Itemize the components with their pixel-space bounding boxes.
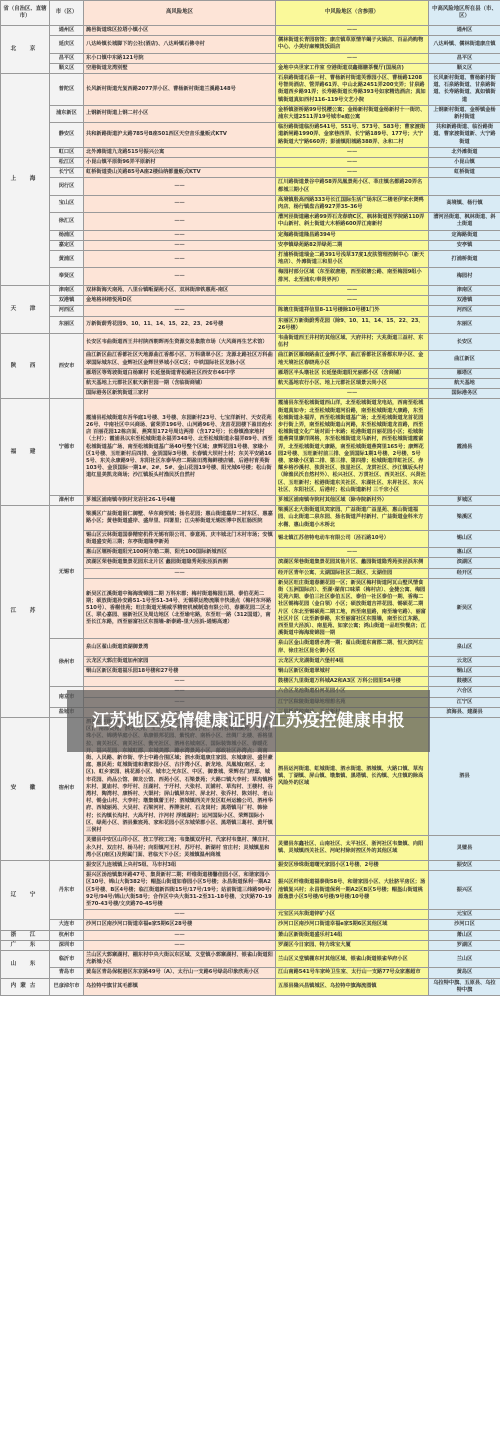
table-row: 陕 西西安市长安区韦曲街道西王井村陕西朝晖再生资源交易集散市场（大风商再生艺术馆…: [1, 333, 500, 350]
mid-risk-cell: 金桥镇浙桥路99号悦樱公寓；金杨新村街道金杨新村十一街坊、浦东大道2511弄19…: [276, 105, 429, 122]
table-row: 东丽区万新街蔚秀花园9、10、11、14、15、22、23、26号楼东丽区万新街…: [1, 316, 500, 333]
high-risk-cell: 黄岛区青岛保税港区东京路49号（A）、太行山一支路6号绿岛印象欣苑小区: [84, 968, 276, 978]
province-cell: 上 海: [1, 74, 50, 286]
county-cell: 航天基地: [429, 378, 500, 388]
high-risk-cell: 虹桥街道娄山关路85号A座2楼仙纳都量贩式KTV: [84, 168, 276, 178]
table-row: 河西区——陈塘庄街道祥信里8-11号楼除10号楼1门外河西区: [1, 306, 500, 316]
mid-risk-cell: 江川路街道景谷中路58弄凤凰景苑小区、莘庄镇名都路20弄名都城三期小区: [276, 178, 429, 195]
mid-risk-cell: 东丽区万新街蔚秀花园（除9、10、11、14、15、22、23、26号楼）: [276, 316, 429, 333]
mid-risk-cell: 定海路街道隆昌路394号: [276, 230, 429, 240]
county-cell: 振安区: [429, 860, 500, 870]
high-risk-cell: 振安区九连城镇上央村5组、马市村3组: [84, 860, 276, 870]
mid-risk-cell: 芗城区浦南镇寺院村其他区域（除寺院新村外）: [276, 495, 429, 505]
high-risk-cell: 云龙区大郭庄街道加州家园: [84, 656, 276, 666]
county-cell: 江宁区: [429, 697, 500, 707]
mid-risk-cell: 梁溪区北大街街道凤宾家园、广益街道广益星苑、惠山街道福园、山北街道二泉东园、扬名…: [276, 506, 429, 531]
high-risk-cell: 空港街道龙湾别墅: [84, 63, 276, 73]
mid-risk-cell: 萧山区新街街道盛乐村14组: [276, 930, 429, 940]
mid-risk-cell: 临汾路街道临汾路541号、551号、573号、583号；曹家渡街道新闸路1990…: [276, 123, 429, 148]
high-risk-cell: ——: [84, 910, 276, 920]
header-province: 省（自治区、直辖市）: [1, 1, 50, 26]
city-cell: 津南区: [50, 285, 84, 295]
high-risk-cell: 乌拉特中旗甘其毛都镇: [84, 978, 276, 995]
city-cell: 浦东新区: [50, 105, 84, 122]
table-row: 奉贤区——梅园村部分区域（东至叙唐港，西至叙塘公路、南至梅园9组小排河、北至浦东…: [1, 268, 500, 285]
high-risk-cell: 上钢新村街道上钢二村小区: [84, 105, 276, 122]
county-cell: 小昆山镇: [429, 158, 500, 168]
high-risk-cell: 梁溪区广益街道留仁御墅、华东商贸城；扬名花园；惠山街道嘉岸二村东区、惠嘉路小区；…: [84, 506, 276, 531]
high-risk-cell: 长风新村街道光复西路2077弄小区、曹杨新村街道兰溪路148号: [84, 74, 276, 106]
city-cell: 无锡市: [50, 506, 84, 639]
high-risk-cell: 金地格林榕悦苑D区: [84, 296, 276, 306]
city-cell: 临沂市: [50, 950, 84, 967]
mid-risk-cell: 打浦桥街道瑞金二路391号浅草37度1皮肤管理控制中心（新天地店）、外滩街道三和…: [276, 251, 429, 268]
province-cell: 天 津: [1, 285, 50, 333]
table-row: 广 东深圳市——罗湖区今日家园、特力珠宝大厦罗湖区: [1, 940, 500, 950]
high-risk-cell: ——: [84, 178, 276, 195]
mid-risk-cell: 锡北镇江苏倍特电动车有限公司（泾石路10号）: [276, 530, 429, 547]
high-risk-cell: ——: [84, 930, 276, 940]
mid-risk-cell: 陈塘庄街道祥信里8-11号楼除10号楼1门外: [276, 306, 429, 316]
county-cell: 萧山区: [429, 930, 500, 940]
city-cell: 深圳市: [50, 940, 84, 950]
county-cell: 滨湖区: [429, 558, 500, 568]
county-cell: 长风新村街道、曹杨新村街道、石泉路街道、甘泉路街道、长寿路街道、真如镇街道: [429, 74, 500, 106]
county-cell: 泉山区: [429, 639, 500, 656]
city-cell: 西安市: [50, 333, 84, 398]
county-cell: 乌拉特中旗、五原县、乌拉特中旗: [429, 978, 500, 995]
county-cell: 滨海县、建湖县: [429, 707, 500, 717]
city-cell: 黄浦区: [50, 251, 84, 268]
county-cell: 河西区: [429, 306, 500, 316]
county-cell: 虹桥街道: [429, 168, 500, 178]
city-cell: 杭州市: [50, 930, 84, 940]
high-risk-cell: 长安区韦曲街道西王井村陕西朝晖再生资源交易集散市场（大风商再生艺术馆）: [84, 333, 276, 350]
mid-risk-cell: 韦曲街道西王井村的其他区域、大府井村；大兆街道三益村、东伍村: [276, 333, 429, 350]
county-cell: 雁塔区: [429, 368, 500, 378]
mid-risk-cell: 梅园村部分区域（东至叙唐港，西至叙塘公路、南至梅园9组小排河、北至浦东/奉贤界河…: [276, 268, 429, 285]
county-cell: 顺义区: [429, 63, 500, 73]
mid-risk-cell: ——: [276, 26, 429, 36]
mid-risk-cell: 云龙区大龙湖街道六堡村4组: [276, 656, 429, 666]
county-cell: 经开区: [429, 568, 500, 578]
risk-area-table: 省（自治区、直辖市） 市（区） 高风险地区 中风险地区（含参照） 中高风险地区所…: [0, 0, 500, 996]
city-cell: 松江区: [50, 158, 84, 168]
county-cell: 长安区: [429, 333, 500, 350]
table-row: 松江区小昆山镇平原街96弄平原新村——小昆山镇: [1, 158, 500, 168]
mid-risk-cell: 金地中央世家工作室 空港街道双鑫德膳茶餐厅(国展店): [276, 63, 429, 73]
table-row: 辽 宁丹东市振安区九连城镇上央村5组、马市村3组振安区珍珠街道曙光家园小区1号楼…: [1, 860, 500, 870]
city-cell: 普陀区: [50, 74, 84, 106]
high-risk-cell: ——: [84, 568, 276, 578]
city-cell: 昌平区: [50, 53, 84, 63]
province-cell: 江 苏: [1, 506, 50, 718]
city-cell: 奉贤区: [50, 268, 84, 285]
county-cell: 国际港务区: [429, 389, 500, 399]
table-row: 杨浦区——定海路街道隆昌路394号定海路街道: [1, 230, 500, 240]
mid-risk-cell: ——: [276, 158, 429, 168]
province-cell: 陕 西: [1, 333, 50, 398]
county-cell: 定海路街道: [429, 230, 500, 240]
high-risk-cell: 霞浦县松城街道东吾华庭1号楼、3号楼、东园新村23号、七宝洋新村、天安花苑26号…: [84, 399, 276, 496]
county-cell: 八达岭镇、儒林街道康庄镇: [429, 36, 500, 53]
city-cell: 漳州市: [50, 495, 84, 505]
county-cell: 振兴区: [429, 871, 500, 910]
county-cell: 梁溪区: [429, 506, 500, 531]
overlay-title: 江苏地区疫情健康证明/江苏疫控健康申报: [82, 711, 414, 732]
high-risk-cell: ——: [84, 306, 276, 316]
province-cell: 内蒙古: [1, 978, 50, 995]
mid-risk-cell: 元宝区兴东街道锌矿小区: [276, 910, 429, 920]
city-cell: 虹口区: [50, 147, 84, 157]
overlay-title-banner: 江苏地区疫情健康证明/江苏疫控健康申报: [67, 690, 430, 752]
high-risk-cell: 泉山区翟山街道滨湖御景湾: [84, 639, 276, 656]
high-risk-cell: ——: [84, 940, 276, 950]
high-risk-cell: 北外滩街道九龙路515号振兴公寓: [84, 147, 276, 157]
high-risk-cell: ——: [84, 677, 276, 687]
county-cell: 铜山区: [429, 667, 500, 677]
table-row: 虹口区北外滩街道九龙路515号振兴公寓——北外滩街道: [1, 147, 500, 157]
mid-risk-cell: 石泉路街道石泉一村、曹杨新村街道芙蓉园小区、曹杨路1208号智尚酒店、管弄路61…: [276, 74, 429, 106]
mid-risk-cell: 经开区青年公寓、太湖国际社区二街区、太湖佳园: [276, 568, 429, 578]
mid-risk-cell: 灵璧县东鑫社区、山南社区、太平社区、浙河社区韦集镇、向阳镇、灵城镇西关社区、河屺…: [276, 836, 429, 861]
province-cell: 北 京: [1, 26, 50, 74]
mid-risk-cell: 罗湖区今日家园、特力珠宝大厦: [276, 940, 429, 950]
city-cell: 河西区: [50, 306, 84, 316]
table-row: 山 东临沂市兰山区大郭寨湖村、棚东村中央大街以东区域、义堂镇小郭寨湖村、银雀山街…: [1, 950, 500, 967]
county-cell: 鼓楼区: [429, 677, 500, 687]
high-risk-cell: ——: [84, 268, 276, 285]
header-mid-risk: 中风险地区（含参照）: [276, 1, 429, 26]
mid-risk-cell: 滨湖区荣巷街道集景花园其他片区、蠡园街道隐秀苑张泾浜东侧: [276, 558, 429, 568]
table-row: 延庆区八达岭镇长城脚下的公社(酒店)、八达岭镇石佛寺村儒林街道长青园宿馆；康庄镇…: [1, 36, 500, 53]
high-risk-cell: 小昆山镇平原街96弄平原新村: [84, 158, 276, 168]
province-cell: 安 徽: [1, 718, 50, 861]
table-row: 青岛市黄岛区青岛保税港区东京路49号（A）、太行山一支路6号绿岛印象欣苑小区江山…: [1, 968, 500, 978]
mid-risk-cell: 安亭镇绿苑路82弄绿苑二期: [276, 240, 429, 250]
high-risk-cell: ——: [84, 213, 276, 230]
high-risk-cell: 沙河口区南沙河口街道幸福e家5期6区28号楼: [84, 920, 276, 930]
header-county: 中高风险地区所在县（市、区）: [429, 1, 500, 26]
city-cell: 长宁区: [50, 168, 84, 178]
mid-risk-cell: ——: [276, 168, 429, 178]
high-risk-cell: 航天基地上元郡社区航天新世园一期（含临街商铺）: [84, 378, 276, 388]
county-cell: 惠山区: [429, 548, 500, 558]
table-row: 嘉定区——安亭镇绿苑路82弄绿苑二期安亭镇: [1, 240, 500, 250]
city-cell: 巴彦淖尔市: [50, 978, 84, 995]
high-risk-cell: 雁塔区等驾坡街道白杨寨村 长延堡街道青松路社区西安市46中学: [84, 368, 276, 378]
mid-risk-cell: 五原县隆兴昌镇城区、乌拉特中旗海流图镇: [276, 978, 429, 995]
table-row: 长宁区虹桥街道娄山关路85号A座2楼仙纳都量贩式KTV——虹桥街道: [1, 168, 500, 178]
high-risk-cell: ——: [84, 230, 276, 240]
county-cell: 北外滩街道: [429, 147, 500, 157]
mid-risk-cell: 曲江新区雁南路曲江金辉小学、曲江香都社区香都东岸小区、金地天境社区春晓苑小区: [276, 351, 429, 368]
high-risk-cell: 惠山区堰桥街道阳光100阿尔勒二期、阳光100国际新城西区: [84, 548, 276, 558]
table-header-row: 省（自治区、直辖市） 市（区） 高风险地区 中风险地区（含参照） 中高风险地区所…: [1, 1, 500, 26]
table-row: 内蒙古巴彦淖尔市乌拉特中旗甘其毛都镇五原县隆兴昌镇城区、乌拉特中旗海流图镇乌拉特…: [1, 978, 500, 995]
high-risk-cell: ——: [84, 240, 276, 250]
mid-risk-cell: 沙河口区南沙河口街道幸福e家5期6区其他区域: [276, 920, 429, 930]
county-cell: 黄岛区: [429, 968, 500, 978]
mid-risk-cell: 航天基地农行小区、地上元郡社区瑞景云尚小区: [276, 378, 429, 388]
province-cell: 广 东: [1, 940, 50, 950]
high-risk-cell: 铜山区新区街道福乐园18号楼和27号楼: [84, 667, 276, 677]
city-cell: 静安区: [50, 123, 84, 148]
county-cell: 东丽区: [429, 316, 500, 333]
table-row: 顺义区空港街道龙湾别墅金地中央世家工作室 空港街道双鑫德膳茶餐厅(国展店)顺义区: [1, 63, 500, 73]
county-cell: [429, 178, 500, 195]
county-cell: 双港镇: [429, 296, 500, 306]
city-cell: 延庆区: [50, 36, 84, 53]
table-row: 昌平区东小口镇中东路121号院——昌平区: [1, 53, 500, 63]
table-row: 北 京通州区潞邑街道珠区拉塔小镇小区——通州区: [1, 26, 500, 36]
mid-risk-cell: 新吴区旺庄街道春潮花园一区；新吴区梅村街道阿瓦山墅风情食街（五洲国际店）、至湖·…: [276, 578, 429, 639]
table-row: 上 海普陀区长风新村街道光复西路2077弄小区、曹杨新村街道兰溪路148号石泉路…: [1, 74, 500, 106]
county-cell: 罗湖区: [429, 940, 500, 950]
high-risk-cell: 新吴区江溪街道中海海珑锦园二期 万科东郡；梅村街道梅园五期、泰伯花苑二期；硕放街…: [84, 578, 276, 639]
county-cell: 漕河泾街道、枫林街道、斜土街道: [429, 213, 500, 230]
table-row: 漳州市芗城区浦南镇寺院村龙岩社26-1号4幢芗城区浦南镇寺院村其他区域（除寺院新…: [1, 495, 500, 505]
county-cell: 灵璧县: [429, 836, 500, 861]
header-high-risk: 高风险地区: [84, 1, 276, 26]
county-cell: 泗县: [429, 718, 500, 836]
county-cell: 曲江新区: [429, 351, 500, 368]
mid-risk-cell: 铜山区新区街道翠城村: [276, 667, 429, 677]
county-cell: 梅园村: [429, 268, 500, 285]
city-cell: 青岛市: [50, 968, 84, 978]
city-cell: 宝山区: [50, 195, 84, 212]
city-cell: 东丽区: [50, 316, 84, 333]
mid-risk-cell: 泉山区金山街道碧水湾一期；翟山街道东南郡二期、恒大滨河左岸、徐庄社区昆仑御小区: [276, 639, 429, 656]
city-cell: 双港镇: [50, 296, 84, 306]
county-cell: 沙河口区: [429, 920, 500, 930]
county-cell: 昌平区: [429, 53, 500, 63]
high-risk-cell: 国际港务区新筑街道三家村: [84, 389, 276, 399]
mid-risk-cell: ——: [276, 147, 429, 157]
county-cell: 云龙区: [429, 656, 500, 666]
table-row: 静安区共和新路街道沪太路785号B座501西区天空音乐量贩式KTV临汾路街道临汾…: [1, 123, 500, 148]
high-risk-cell: 灵璧县中安区山印小区、技工学校工地；韦集镇双圩村、代家村韦集村、薄庄村、永久村、…: [84, 836, 276, 861]
table-row: 徐汇区——漕河泾街道融水路99弄石龙春晓C区、枫林街道医学院路110弄中山新村、…: [1, 213, 500, 230]
county-cell: 打浦桥街道: [429, 251, 500, 268]
high-risk-cell: 共和新路街道沪太路785号B座501西区天空音乐量贩式KTV: [84, 123, 276, 148]
city-cell: 闵行区: [50, 178, 84, 195]
mid-risk-cell: ——: [276, 389, 429, 399]
county-cell: 通州区: [429, 26, 500, 36]
high-risk-cell: ——: [84, 195, 276, 212]
county-cell: 六合区: [429, 687, 500, 697]
table-row: 徐州市泉山区翟山街道滨湖御景湾泉山区金山街道碧水湾一期；翟山街道东南郡二期、恒大…: [1, 639, 500, 656]
mid-risk-cell: ——: [276, 548, 429, 558]
mid-risk-cell: ——: [276, 285, 429, 295]
county-cell: 津南区: [429, 285, 500, 295]
high-risk-cell: 锡山区云林街道国泰精密机件无锡有限公司、泰意苑、庆丰城北门木村市场；安镇街道盛安…: [84, 530, 276, 547]
mid-risk-cell: 兰山区义堂镇棚东村其他区域、银雀山街道银雀华府小区: [276, 950, 429, 967]
mid-risk-cell: 儒林街道长青园宿馆；康庄镇草原情羊蝎子火锅店、百品尚购物中心、小美好麻辣烫饭面店: [276, 36, 429, 53]
mid-risk-cell: 江山南路541号车家岭卫生室、太行山一支路77号众家惠超市: [276, 968, 429, 978]
mid-risk-cell: 鼓楼区九里街道万科城A2和A3区 万科公园里54号楼: [276, 677, 429, 687]
province-cell: 辽 宁: [1, 860, 50, 930]
county-cell: 安亭镇: [429, 240, 500, 250]
mid-risk-cell: ——: [276, 296, 429, 306]
high-risk-cell: 双林街海天南苑、八里台镇畈湖苑小区、双林街津铁惠苑-南区: [84, 285, 276, 295]
county-cell: 元宝区: [429, 910, 500, 920]
table-row: 黄浦区——打浦桥街道瑞金二路391号浅草37度1皮肤管理控制中心（新天地店）、外…: [1, 251, 500, 268]
mid-risk-cell: 雁塔区半头墩社区 长延堡街道阳光丽都小区（含商铺）: [276, 368, 429, 378]
table-row: 江 苏无锡市梁溪区广益街道留仁御墅、华东商贸城；扬名花园；惠山街道嘉岸二村东区、…: [1, 506, 500, 531]
county-cell: 锡山区: [429, 530, 500, 547]
table-row: 浦东新区上钢新村街道上钢二村小区金桥镇浙桥路99号悦樱公寓；金杨新村街道金杨新村…: [1, 105, 500, 122]
table-row: 闵行区——江川路街道景谷中路58弄凤凰景苑小区、莘庄镇名都路20弄名都城三期小区: [1, 178, 500, 195]
mid-risk-cell: 霞浦县东至松城街道西山洋，北至松城街道龙电站，西南至松城街道真如寺；北至松城街道…: [276, 399, 429, 496]
city-cell: 丹东市: [50, 860, 84, 919]
county-cell: 兰山区: [429, 950, 500, 967]
high-risk-cell: 东小口镇中东路121号院: [84, 53, 276, 63]
city-cell: 徐汇区: [50, 213, 84, 230]
high-risk-cell: 芗城区浦南镇寺院村龙岩社26-1号4幢: [84, 495, 276, 505]
high-risk-cell: 潞邑街道珠区拉塔小镇小区: [84, 26, 276, 36]
high-risk-cell: 兰山区大郭寨湖村、棚东村中央大街以东区域、义堂镇小郭寨湖村、银雀山街道阳光新城小…: [84, 950, 276, 967]
table-row: 宝山区——高境镇殷高西路333号长江国际生活广场东区二楼老伊家水煲鸭肉店、杨行镇…: [1, 195, 500, 212]
county-cell: 上钢新村街道、金桥镇金杨新村街道: [429, 105, 500, 122]
county-cell: 霞浦县: [429, 399, 500, 496]
high-risk-cell: 曲江新区曲江香都社区天地源曲江香都小区、万科翡翠小区；龙源北路社区万科曲翠国际城…: [84, 351, 276, 368]
county-cell: 高境镇、杨行镇: [429, 195, 500, 212]
high-risk-cell: 振兴区汤池镇集环路47号、集贤新村二期；纤维街道楼馨佳园小区、和谐家园小区10号…: [84, 871, 276, 910]
mid-risk-cell: ——: [276, 53, 429, 63]
table-row: 浙 江杭州市——萧山区新街街道盛乐村14组萧山区: [1, 930, 500, 940]
city-cell: 徐州市: [50, 639, 84, 687]
header-city: 市（区）: [50, 1, 84, 26]
province-cell: 山 东: [1, 950, 50, 978]
province-cell: 福 建: [1, 399, 50, 506]
mid-risk-cell: 振兴区纤维街道福泰街58号、和谐家园小区、大肚脐平房区；汤池镇复兴村；永昌街道保…: [276, 871, 429, 910]
city-cell: 大连市: [50, 920, 84, 930]
mid-risk-cell: 振安区珍珠街道曙光家园小区1号楼、2号楼: [276, 860, 429, 870]
mid-risk-cell: 高境镇殷高西路333号长江国际生活广场东区二楼老伊家水煲鸭肉店、杨行镇盘古路92…: [276, 195, 429, 212]
table-row: 天 津津南区双林街海天南苑、八里台镇畈湖苑小区、双林街津铁惠苑-南区——津南区: [1, 285, 500, 295]
table-body: 北 京通州区潞邑街道珠区拉塔小镇小区——通州区延庆区八达岭镇长城脚下的公社(酒店…: [1, 26, 500, 996]
city-cell: 顺义区: [50, 63, 84, 73]
province-cell: 浙 江: [1, 930, 50, 940]
city-cell: 杨浦区: [50, 230, 84, 240]
county-cell: 芗城区: [429, 495, 500, 505]
city-cell: 嘉定区: [50, 240, 84, 250]
high-risk-cell: ——: [84, 251, 276, 268]
city-cell: 宁德市: [50, 399, 84, 496]
mid-risk-cell: 漕河泾街道融水路99弄石龙春晓C区、枫林街道医学院路110弄中山新村、斜土街道大…: [276, 213, 429, 230]
high-risk-cell: 万新街蔚秀花园9、10、11、14、15、22、23、26号楼: [84, 316, 276, 333]
table-row: 福 建宁德市霞浦县松城街道东吾华庭1号楼、3号楼、东园新村23号、七宝洋新村、天…: [1, 399, 500, 496]
city-cell: 通州区: [50, 26, 84, 36]
high-risk-cell: 滨湖区荣巷街道集景花园东北片区 蠡园街道隐秀苑张泾浜西侧: [84, 558, 276, 568]
high-risk-cell: 八达岭镇长城脚下的公社(酒店)、八达岭镇石佛寺村: [84, 36, 276, 53]
table-row: 双港镇金地格林榕悦苑D区——双港镇: [1, 296, 500, 306]
county-cell: 新吴区: [429, 578, 500, 639]
table-row: 大连市沙河口区南沙河口街道幸福e家5期6区28号楼沙河口区南沙河口街道幸福e家5…: [1, 920, 500, 930]
county-cell: 共和新路街道、临汾路街道、曹家渡街道新、大宁路街道: [429, 123, 500, 148]
